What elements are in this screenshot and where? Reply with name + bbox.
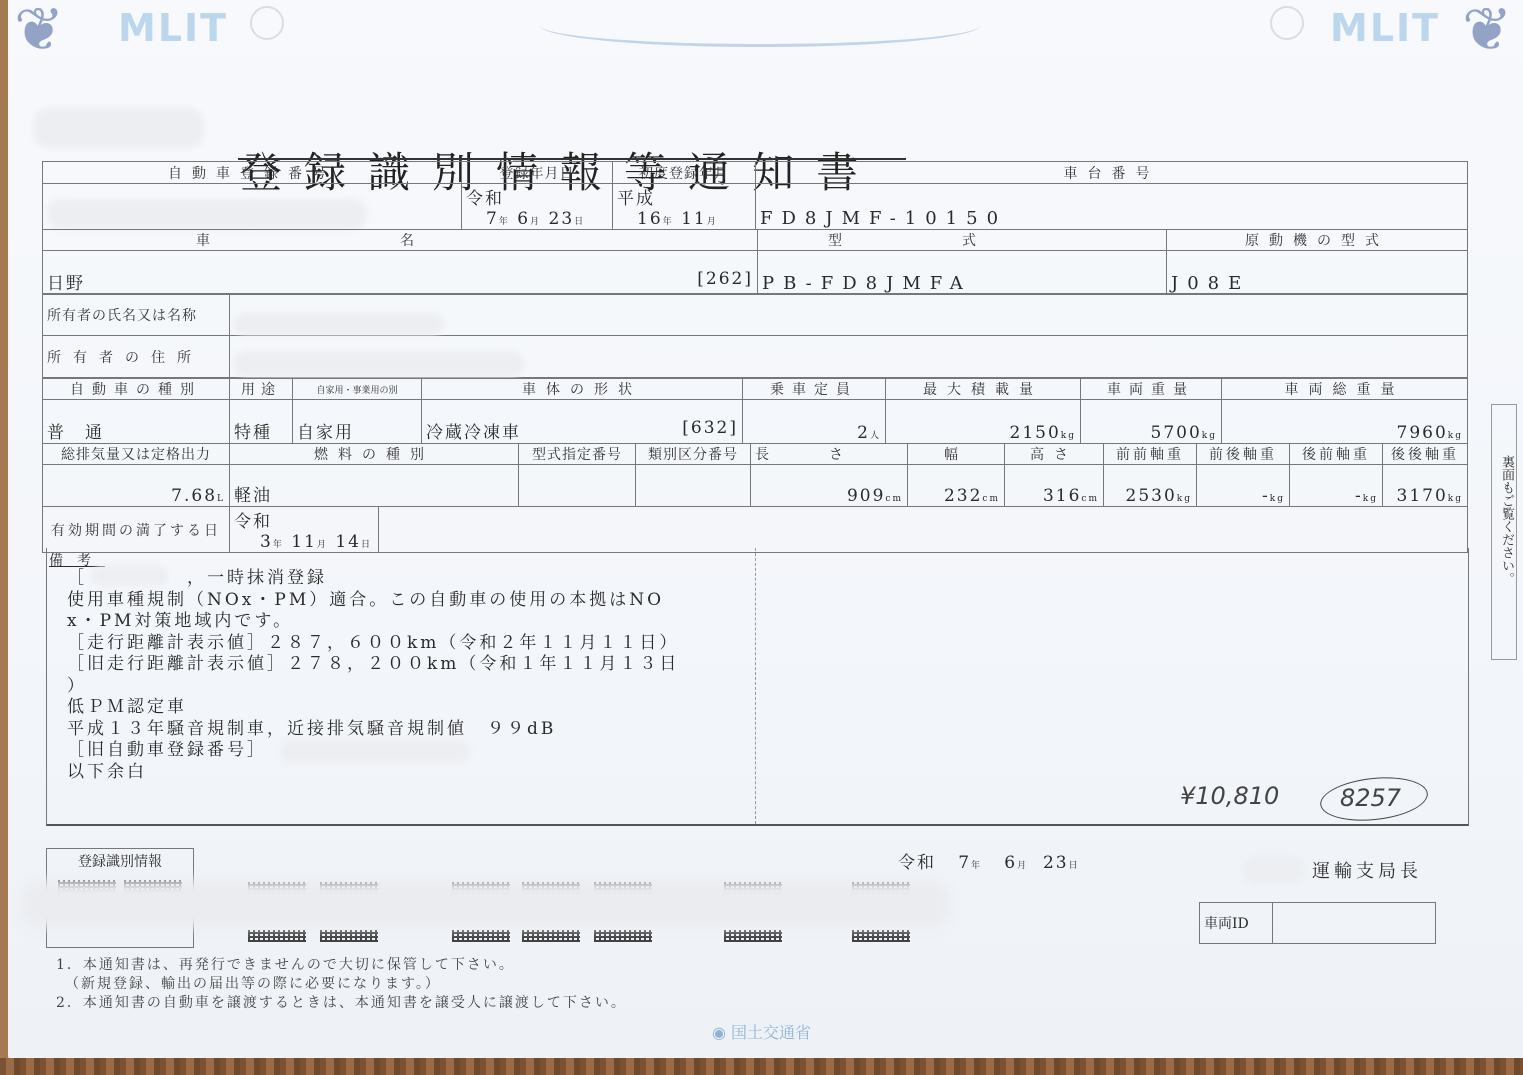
usage-value: 特種 xyxy=(230,400,293,444)
vehicle-weight-number: 5700 xyxy=(1151,423,1202,443)
header-vehicle-weight: 車両重量 xyxy=(1081,379,1222,400)
capacity-value: 2人 xyxy=(743,400,886,444)
gross-weight-value: 7960kg xyxy=(1222,400,1468,444)
qr-code-icon xyxy=(320,930,378,942)
expiry-value: 令和 3年 11月 14日 xyxy=(230,507,379,553)
mlit-watermark: MLIT xyxy=(1330,6,1440,50)
owner-table: 所有者の氏名又は名称 所有者の住所 xyxy=(42,293,1468,378)
reg-date-era: 令和 xyxy=(466,184,608,209)
fr-axle-number: - xyxy=(1262,486,1270,506)
redacted-area xyxy=(280,740,470,762)
car-name-value: 日野 [262] xyxy=(43,251,758,295)
width-value: 232cm xyxy=(908,465,1005,507)
unit-year: 年 xyxy=(971,861,982,871)
unit-month: 月 xyxy=(707,217,718,227)
header-capacity: 乗車定員 xyxy=(743,379,886,400)
header-rr-axle: 後後軸重 xyxy=(1383,444,1468,465)
remarks-line: 使用車種規制（NOx・PM）適合。この自動車の使用の本拠はNO xyxy=(67,590,679,612)
remarks-line: x・PM対策地域内です。 xyxy=(67,611,679,633)
remarks-line: 平成１３年騒音規制車，近接排気騒音規制値 ９９dB xyxy=(67,719,679,741)
car-name-code: [262] xyxy=(697,269,753,289)
reg-date-day: 23 xyxy=(549,209,575,229)
displacement-value: 7.68L xyxy=(43,465,230,507)
ministry-name: 国土交通省 xyxy=(731,1023,811,1042)
rf-axle-value: -kg xyxy=(1290,465,1383,507)
qr-code-icon xyxy=(452,930,510,942)
remarks-line: ［旧走行距離計表示値］２７８，２００km（令和１年１１月１３日 xyxy=(67,654,679,676)
qr-box-label: 登録識別情報 xyxy=(47,851,193,871)
header-body-shape: 車体の形状 xyxy=(422,379,743,400)
note-line: （新規登録、輸出の届出等の際に必要になります。） xyxy=(56,975,627,994)
unit-person: 人 xyxy=(870,431,881,441)
issue-date-day: 23 xyxy=(1043,853,1069,873)
issue-date-year: 7 xyxy=(958,853,971,873)
ministry-logo: ◉ 国土交通省 xyxy=(712,1020,811,1043)
vehicle-weight-value: 5700kg xyxy=(1081,400,1222,444)
header-displacement: 総排気量又は定格出力 xyxy=(43,444,230,465)
category-number-value xyxy=(636,465,751,507)
unit-kg: kg xyxy=(1202,431,1217,441)
redacted-area xyxy=(1242,856,1306,884)
scroll-ornament xyxy=(540,4,980,47)
corner-ornament-icon: ❦ xyxy=(14,0,64,60)
unit-day: 日 xyxy=(574,217,585,227)
expiry-era: 令和 xyxy=(234,507,374,532)
unit-kg: kg xyxy=(1061,431,1076,441)
max-load-number: 2150 xyxy=(1010,423,1061,443)
handwritten-number: 8257 xyxy=(1340,784,1401,812)
owner-address-value xyxy=(230,336,1468,378)
fuel-value: 軽油 xyxy=(230,465,519,507)
header-fuel: 燃料の種別 xyxy=(230,444,519,465)
qr-code-icon xyxy=(248,930,306,942)
body-shape-code: [632] xyxy=(682,418,738,438)
bureau-chief: 運輸支局長 xyxy=(1312,857,1422,883)
qr-code-icon xyxy=(852,930,910,942)
header-owner-name: 所有者の氏名又は名称 xyxy=(43,294,230,336)
handwritten-amount: ¥10,810 xyxy=(1180,782,1279,810)
seal-icon xyxy=(250,6,284,40)
gross-weight-number: 7960 xyxy=(1397,423,1448,443)
unit-year: 年 xyxy=(663,217,674,227)
vehicle-type-value: 普 通 xyxy=(43,400,230,444)
unit-liter: L xyxy=(217,494,225,504)
header-category-number: 類別区分番号 xyxy=(636,444,751,465)
fr-axle-value: -kg xyxy=(1197,465,1290,507)
unit-month: 月 xyxy=(1017,861,1028,871)
unit-cm: cm xyxy=(1081,494,1099,504)
expiry-table: 有効期間の満了する日 令和 3年 11月 14日 xyxy=(42,506,1468,553)
reg-date-year: 7 xyxy=(486,209,499,229)
dimensions-table: 総排気量又は定格出力 燃料の種別 型式指定番号 類別区分番号 長さ 幅 高さ 前… xyxy=(42,443,1468,507)
owner-name-value xyxy=(230,294,1468,336)
ff-axle-number: 2530 xyxy=(1126,486,1177,506)
vehicle-id-box: 車両ID xyxy=(1199,902,1436,944)
model-table: 車名 型式 原動機の型式 日野 [262] PB-FD8JMFA J08E xyxy=(42,229,1468,295)
ff-axle-value: 2530kg xyxy=(1104,465,1197,507)
length-number: 909 xyxy=(847,486,885,506)
expiry-empty xyxy=(379,507,1468,553)
header-usage: 用途 xyxy=(230,379,293,400)
rr-axle-value: 3170kg xyxy=(1383,465,1468,507)
height-number: 316 xyxy=(1043,486,1081,506)
unit-year: 年 xyxy=(499,217,510,227)
note-line: 2．本通知書の自動車を譲渡するときは、本通知書を譲受人に譲渡して下さい。 xyxy=(56,994,627,1013)
first-reg-value: 平成 16年 11月 xyxy=(613,184,756,230)
remarks-line: ［走行距離計表示値］２８７，６００km（令和２年１１月１１日） xyxy=(67,633,679,655)
header-vehicle-type: 自動車の種別 xyxy=(43,379,230,400)
header-model: 型式 xyxy=(758,230,1167,251)
header-gross-weight: 車両総重量 xyxy=(1222,379,1468,400)
registration-table: 自動車登録番号 登録年月日 初度登録年月 車台番号 令和 7年 6月 23日 平… xyxy=(42,161,1468,230)
issue-date: 令和 7年 6月 23日 xyxy=(898,848,1080,873)
header-type-designation: 型式指定番号 xyxy=(519,444,636,465)
unit-kg: kg xyxy=(1363,494,1378,504)
height-value: 316cm xyxy=(1005,465,1104,507)
unit-kg: kg xyxy=(1177,494,1192,504)
redacted-area xyxy=(34,108,204,148)
header-private-business: 自家用・事業用の別 xyxy=(293,379,422,400)
unit-cm: cm xyxy=(885,494,903,504)
title-underline xyxy=(238,158,906,160)
note-line: 1．本通知書は、再発行できませんので大切に保管して下さい。 xyxy=(56,956,627,975)
vehicle-spec-table: 自動車の種別 用途 自家用・事業用の別 車体の形状 乗車定員 最大積載量 車両重… xyxy=(42,378,1468,444)
header-height: 高さ xyxy=(1005,444,1104,465)
header-fr-axle: 前後軸重 xyxy=(1197,444,1290,465)
vehicle-id-label: 車両ID xyxy=(1200,903,1273,944)
unit-kg: kg xyxy=(1270,494,1285,504)
reg-date-value: 令和 7年 6月 23日 xyxy=(462,184,613,230)
header-engine-model: 原動機の型式 xyxy=(1167,230,1468,251)
issue-date-era: 令和 xyxy=(898,853,936,873)
qr-code-icon xyxy=(724,930,782,942)
seal-icon xyxy=(1270,6,1304,40)
engine-model-value: J08E xyxy=(1167,251,1468,295)
rf-axle-number: - xyxy=(1355,486,1363,506)
header-chassis-number: 車台番号 xyxy=(756,162,1468,184)
header-owner-address: 所有者の住所 xyxy=(43,336,230,378)
length-value: 909cm xyxy=(751,465,908,507)
unit-kg: kg xyxy=(1448,494,1463,504)
unit-day: 日 xyxy=(1069,861,1080,871)
corner-ornament-icon: ❦ xyxy=(1462,0,1512,60)
reg-number-value xyxy=(43,184,462,230)
footer-notes: 1．本通知書は、再発行できませんので大切に保管して下さい。 （新規登録、輸出の届… xyxy=(56,956,627,1013)
side-note: 裏面もご覧ください。 xyxy=(1491,404,1517,660)
private-business-value: 自家用 xyxy=(293,400,422,444)
header-length: 長さ xyxy=(751,444,908,465)
rr-axle-number: 3170 xyxy=(1397,486,1448,506)
header-max-load: 最大積載量 xyxy=(886,379,1081,400)
model-value: PB-FD8JMFA xyxy=(758,251,1167,295)
redacted-area xyxy=(20,880,950,928)
type-designation-value xyxy=(519,465,636,507)
remarks-line: ） xyxy=(67,676,679,698)
reg-date-month: 6 xyxy=(517,209,530,229)
first-reg-era: 平成 xyxy=(617,184,751,209)
header-width: 幅 xyxy=(908,444,1005,465)
qr-code-icon xyxy=(522,930,580,942)
header-rf-axle: 後前軸重 xyxy=(1290,444,1383,465)
header-car-name: 車名 xyxy=(43,230,758,251)
issue-date-month: 6 xyxy=(1004,853,1017,873)
unit-month: 月 xyxy=(530,217,541,227)
header-ff-axle: 前前軸重 xyxy=(1104,444,1197,465)
mlit-watermark: MLIT xyxy=(118,6,228,50)
vehicle-id-value xyxy=(1273,903,1436,944)
capacity-number: 2 xyxy=(857,423,870,443)
max-load-value: 2150kg xyxy=(886,400,1081,444)
unit-kg: kg xyxy=(1448,431,1463,441)
qr-code-icon xyxy=(594,930,652,942)
body-shape: 冷蔵冷凍車 xyxy=(426,423,521,443)
width-number: 232 xyxy=(944,486,982,506)
body-shape-value: 冷蔵冷凍車 [632] xyxy=(422,400,743,444)
remarks-divider xyxy=(755,548,756,824)
table-surface-bottom xyxy=(0,1058,1523,1075)
displacement-number: 7.68 xyxy=(171,486,217,506)
first-reg-month: 11 xyxy=(681,209,707,229)
unit-cm: cm xyxy=(982,494,1000,504)
header-reg-date: 登録年月日 xyxy=(462,162,613,184)
first-reg-year: 16 xyxy=(637,209,663,229)
remarks-line: 低ＰＭ認定車 xyxy=(67,697,679,719)
header-expiry: 有効期間の満了する日 xyxy=(43,507,230,553)
chassis-number-value: FD8JMF-10150 xyxy=(756,184,1468,230)
car-name: 日野 xyxy=(47,274,85,294)
header-reg-number: 自動車登録番号 xyxy=(43,162,462,184)
redacted-area xyxy=(92,566,168,586)
header-first-reg: 初度登録年月 xyxy=(613,162,756,184)
remarks-line: 以下余白 xyxy=(67,762,679,784)
